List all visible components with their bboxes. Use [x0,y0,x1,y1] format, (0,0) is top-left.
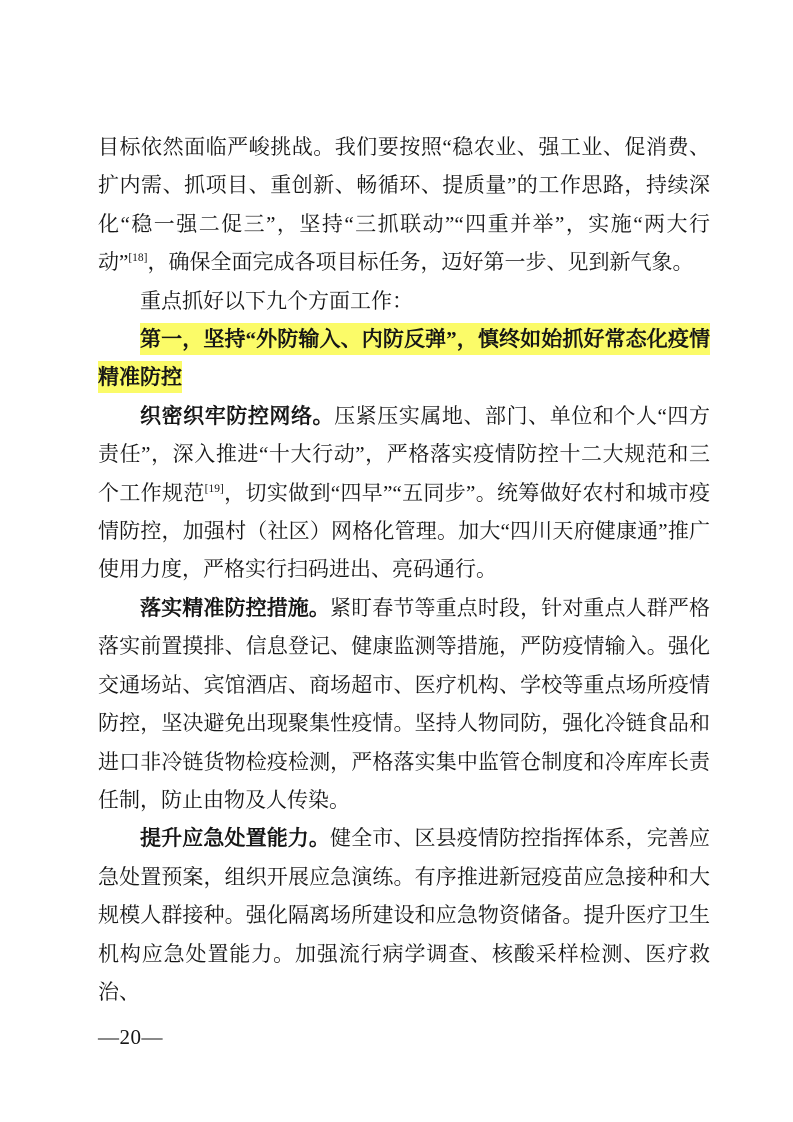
document-page: 目标依然面临严峻挑战。我们要按照“稳农业、强工业、促消费、扩内需、抓项目、重创新… [0,0,793,1122]
page-number: —20— [98,1025,163,1050]
paragraph-text: 健全市、区县疫情防控指挥体系，完善应急处置预案，组织开展应急演练。有序推进新冠疫… [98,826,710,1004]
paragraph-lead: 落实精准防控措施。 [140,596,330,620]
paragraph-network: 织密织牢防控网络。压紧压实属地、部门、单位和个人“四方责任”，深入推进“十大行动… [98,397,710,589]
paragraph-intro: 重点抓好以下九个方面工作： [98,282,710,320]
paragraph-emergency: 提升应急处置能力。健全市、区县疫情防控指挥体系，完善应急处置预案，组织开展应急演… [98,819,710,1011]
paragraph-text: ，确保全面完成各项目标任务，迈好第一步、见到新气象。 [148,250,694,274]
body-text-column: 目标依然面临严峻挑战。我们要按照“稳农业、强工业、促消费、扩内需、抓项目、重创新… [98,128,710,1011]
footnote-ref-19: [19] [205,483,224,495]
highlight-mark: 第一，坚持“外防输入、内防反弹”，慎终如始抓好常态化疫情精准防控 [98,323,710,393]
footnote-ref-18: [18] [128,252,147,264]
paragraph-lead: 提升应急处置能力。 [140,826,330,850]
highlighted-heading: 第一，坚持“外防输入、内防反弹”，慎终如始抓好常态化疫情精准防控 [98,320,710,397]
paragraph-measures: 落实精准防控措施。紧盯春节等重点时段，针对重点人群严格落实前置摸排、信息登记、健… [98,589,710,819]
paragraph-text: 重点抓好以下九个方面工作： [140,289,413,313]
paragraph-text: 紧盯春节等重点时段，针对重点人群严格落实前置摸排、信息登记、健康监测等措施，严防… [98,596,710,812]
paragraph-lead: 织密织牢防控网络。 [140,404,334,428]
paragraph-continuation: 目标依然面临严峻挑战。我们要按照“稳农业、强工业、促消费、扩内需、抓项目、重创新… [98,128,710,282]
